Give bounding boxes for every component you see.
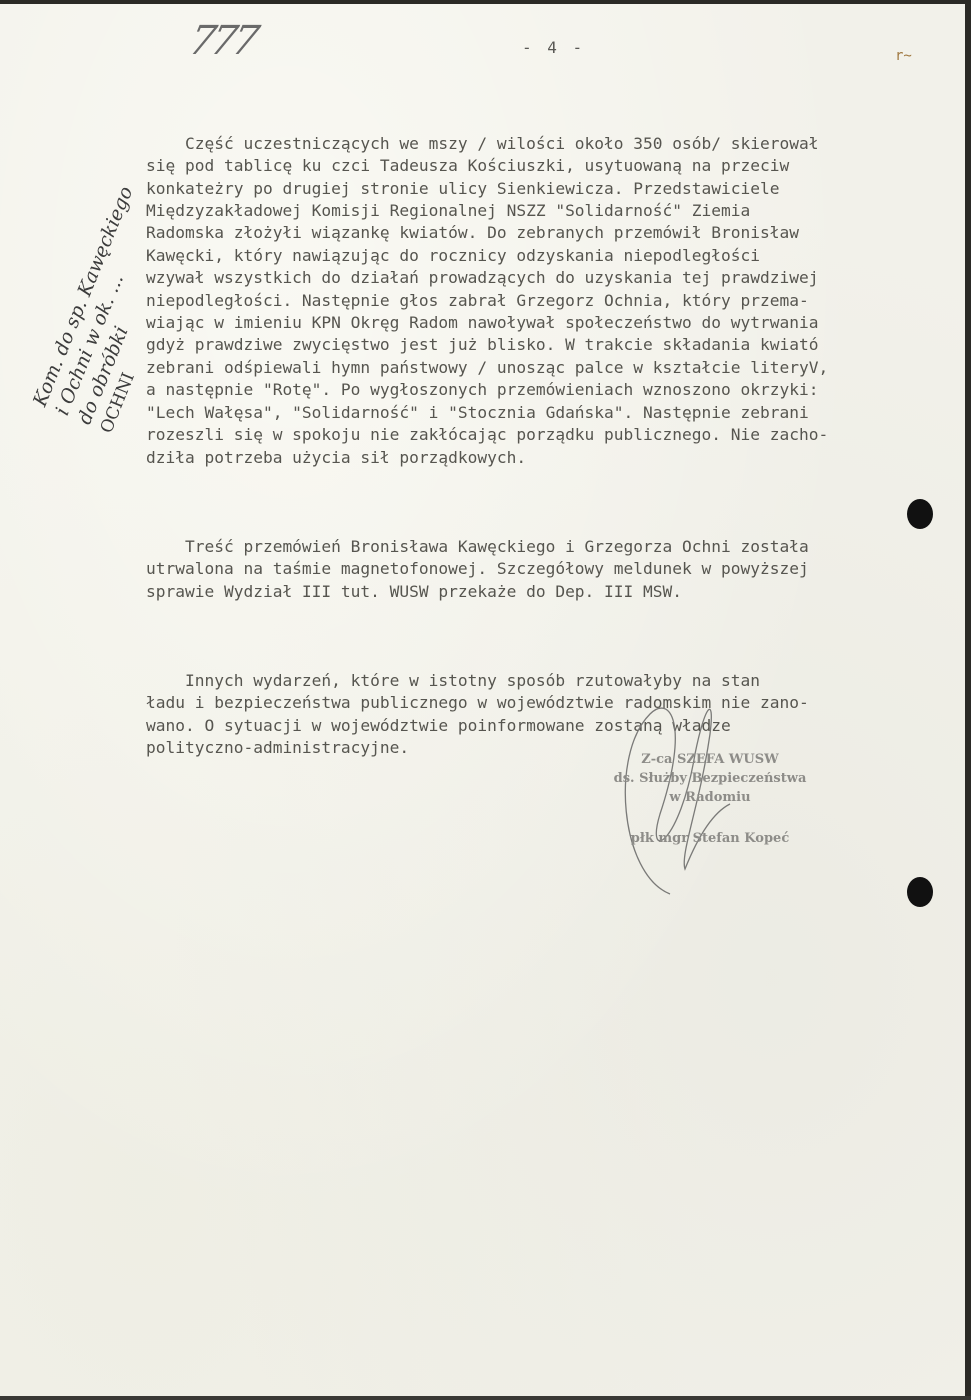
document-body: Część uczestniczących we mszy / wilości … xyxy=(146,88,966,804)
text-line: Innych wydarzeń, które w istotny sposób … xyxy=(146,670,966,692)
text-line: wzywał wszystkich do działań prowadzącyc… xyxy=(146,267,966,289)
text-line: sprawie Wydział III tut. WUSW przekaże d… xyxy=(146,581,966,603)
signature-title-1: Z-ca SZEFA WUSW xyxy=(590,750,830,769)
text-line: niepodległości. Następnie głos zabrał Gr… xyxy=(146,290,966,312)
signature-title-3: w Radomiu xyxy=(590,788,830,807)
text-line: "Lech Wałęsa", "Solidarność" i "Stocznia… xyxy=(146,402,966,424)
handwritten-document-number: 777 xyxy=(185,18,259,64)
text-line: gdyż prawdziwe zwycięstwo jest już blisk… xyxy=(146,334,966,356)
text-line: Część uczestniczących we mszy / wilości … xyxy=(146,133,966,155)
corner-mark: r~ xyxy=(895,48,912,64)
text-line: się pod tablicę ku czci Tadeusza Kościus… xyxy=(146,155,966,177)
text-line: dziła potrzeba użycia sił porządkowych. xyxy=(146,447,966,469)
text-line: zebrani odśpiewali hymn państwowy / unos… xyxy=(146,357,966,379)
text-line: utrwalona na taśmie magnetofonowej. Szcz… xyxy=(146,558,966,580)
text-line: polityczno-administracyjne. xyxy=(146,737,966,759)
punch-hole xyxy=(907,877,933,907)
signature-title-2: ds. Służby Bezpieczeństwa xyxy=(590,769,830,788)
page-number: - 4 - xyxy=(522,38,585,57)
paragraph-conclusion: Innych wydarzeń, które w istotny sposób … xyxy=(146,670,966,760)
text-line: Radomska złożyłi wiązankę kwiatów. Do ze… xyxy=(146,222,966,244)
text-line: a następnie "Rotę". Po wygłoszonych prze… xyxy=(146,379,966,401)
text-line: Kawęcki, który nawiązując do rocznicy od… xyxy=(146,245,966,267)
punch-hole xyxy=(907,499,933,529)
text-line: Treść przemówień Bronisława Kawęckiego i… xyxy=(146,536,966,558)
signature-name: płk mgr Stefan Kopeć xyxy=(590,829,830,848)
text-line: Międzyzakładowej Komisji Regionalnej NSZ… xyxy=(146,200,966,222)
text-line: rozeszli się w spokoju nie zakłócając po… xyxy=(146,424,966,446)
signature-stamp: Z-ca SZEFA WUSW ds. Służby Bezpieczeństw… xyxy=(590,750,830,848)
text-line: wano. O sytuacji w województwie poinform… xyxy=(146,715,966,737)
text-line: konkateżry po drugiej stronie ulicy Sien… xyxy=(146,178,966,200)
scan-edge xyxy=(0,1396,971,1400)
document-page: 777 - 4 - r~ Kom. do sp. Kawęckiego i Oc… xyxy=(0,4,965,1396)
text-line: ładu i bezpieczeństwa publicznego w woje… xyxy=(146,692,966,714)
text-line: wiając w imieniu KPN Okręg Radom nawoływ… xyxy=(146,312,966,334)
paragraph-ceremony: Część uczestniczących we mszy / wilości … xyxy=(146,133,966,469)
paragraph-recording: Treść przemówień Bronisława Kawęckiego i… xyxy=(146,536,966,603)
